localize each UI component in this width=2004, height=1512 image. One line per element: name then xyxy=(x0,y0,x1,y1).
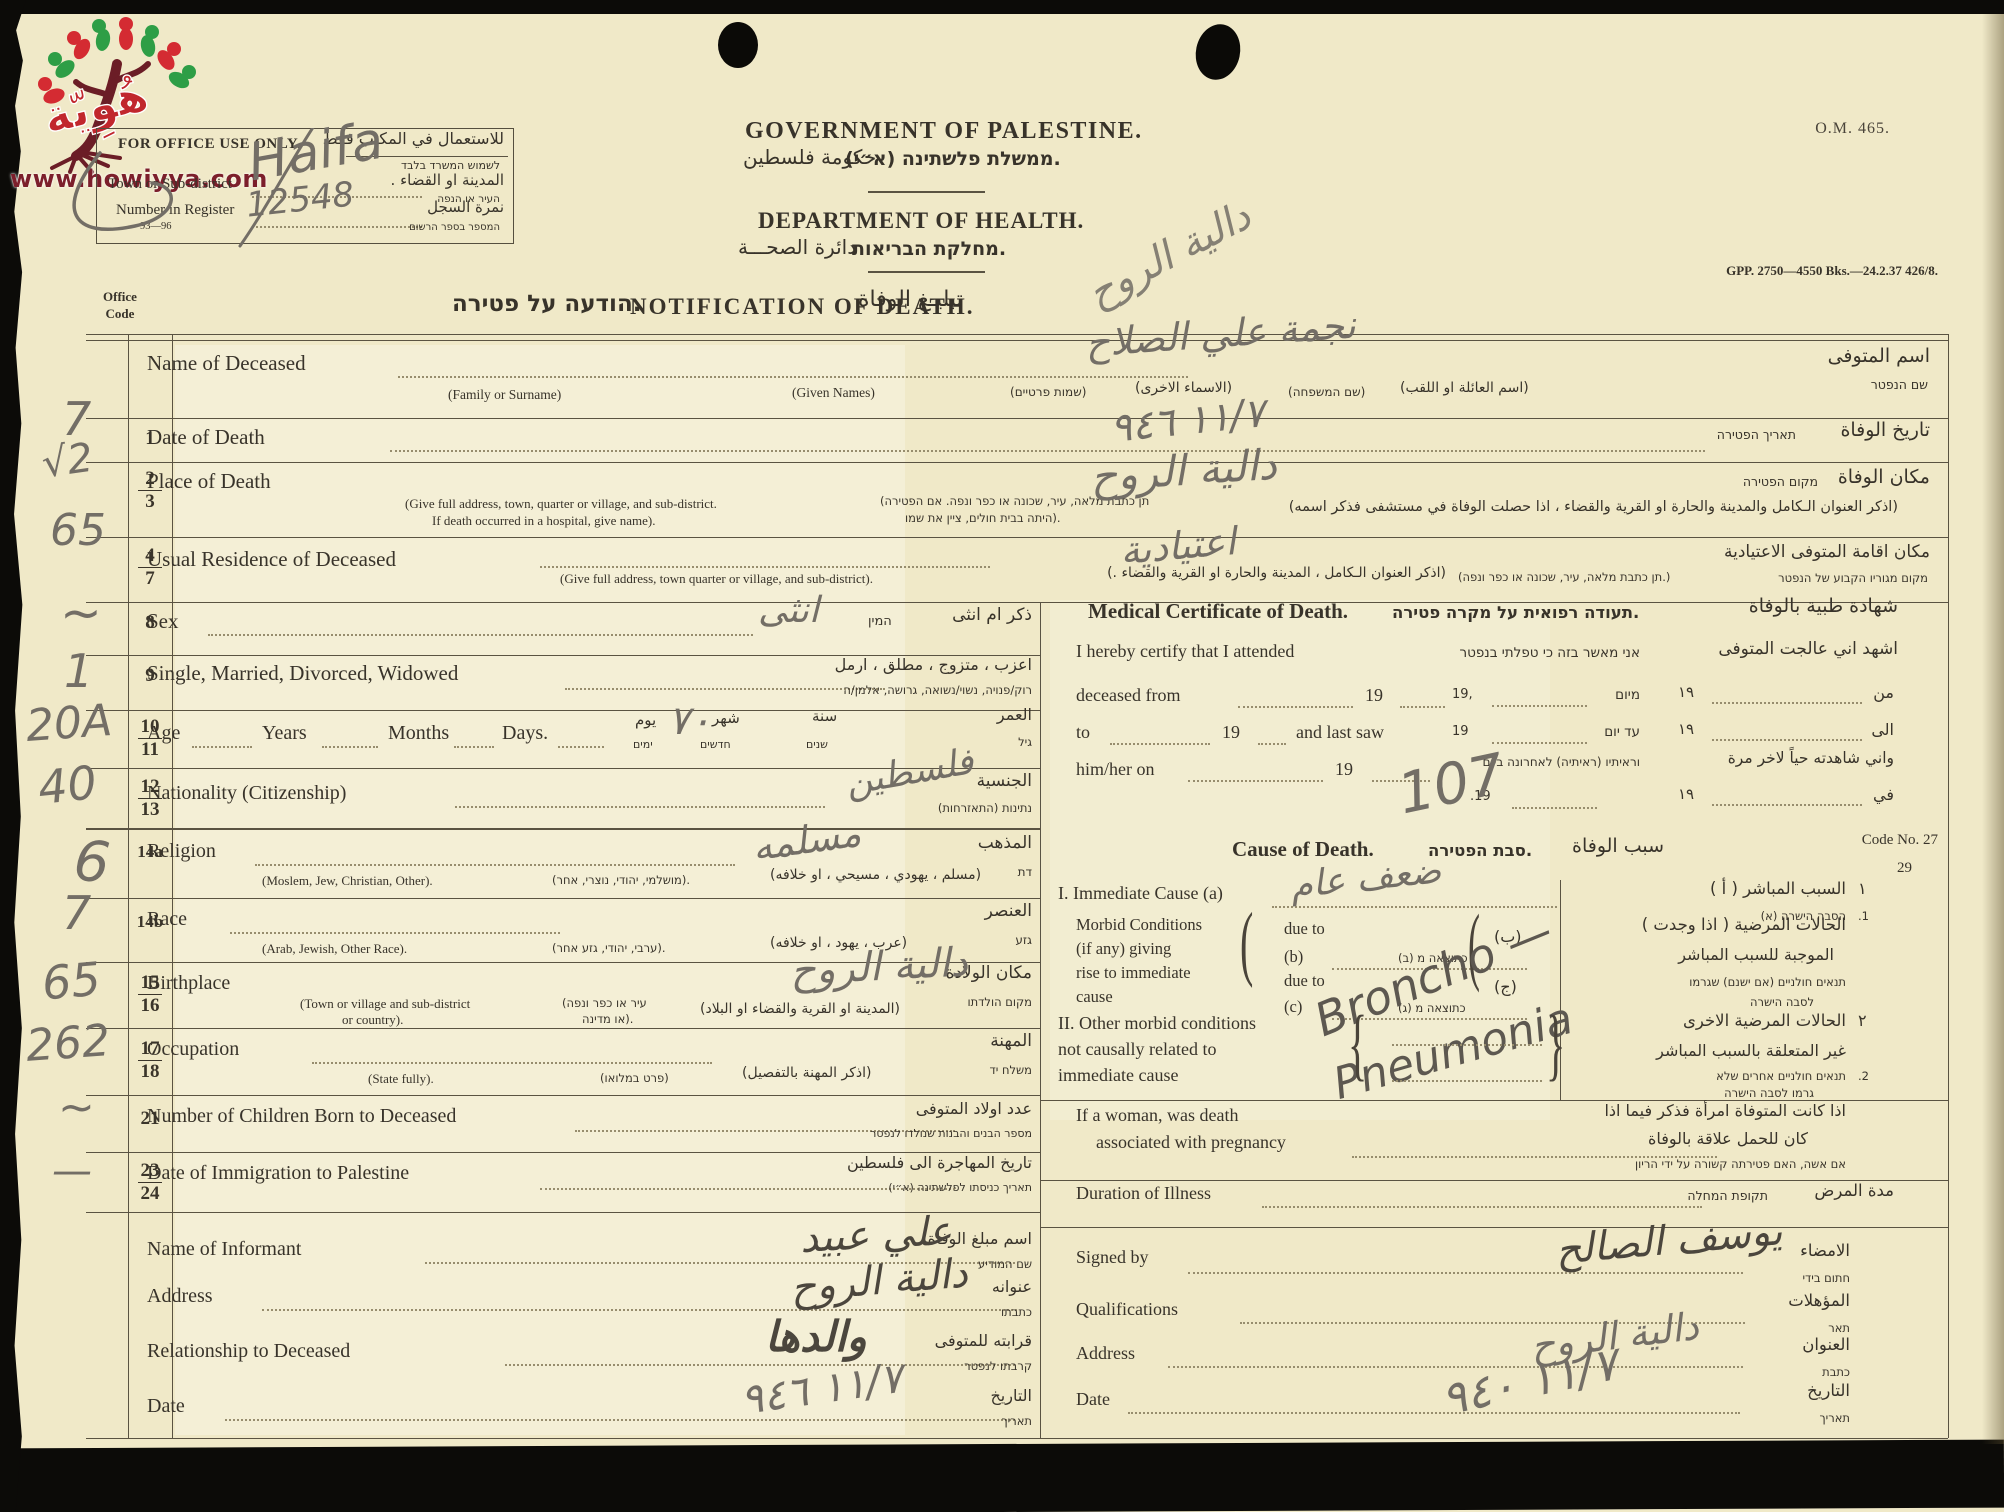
other-morbid-num-ar: ٢ xyxy=(1858,1012,1867,1030)
scan-edge-top xyxy=(0,0,2004,14)
other-morbid-label-ar-2: غير المتعلقة بالسبب المباشر xyxy=(1656,1042,1846,1060)
fill-line xyxy=(454,746,494,748)
pregnancy-question-ar-1: اذا كانت المتوفاة امرأة فذكر فيما اذا xyxy=(1604,1102,1846,1120)
fill-line xyxy=(505,1364,1015,1366)
office-code-handwriting: 65 xyxy=(40,952,103,1011)
race-label-he: גזע xyxy=(1015,934,1032,947)
punch-hole xyxy=(1191,20,1246,84)
religion-label-he: דת xyxy=(1018,866,1032,879)
signed-by-label-ar: الامضاء xyxy=(1800,1242,1850,1260)
signature-handwriting: يوسف الصالح xyxy=(1553,1208,1784,1274)
fill-line xyxy=(192,746,252,748)
informant-name-label-he: שם המודיע xyxy=(978,1258,1032,1271)
informant-date-label-he: תאריך xyxy=(1002,1415,1033,1428)
medical-line-2-ar-year: ١٩ xyxy=(1678,684,1694,701)
qualifications-label-he: תאר xyxy=(1828,1322,1850,1335)
medical-line-3-ar-year: ١٩ xyxy=(1678,721,1694,738)
place-of-death-label-ar: مكان الوفاة xyxy=(1838,467,1930,488)
usual-residence-label-ar: مكان اقامة المتوفى الاعتيادية xyxy=(1724,543,1930,562)
dept-title-en: DEPARTMENT OF HEALTH. xyxy=(758,208,1084,233)
office-code-handwriting: ~ xyxy=(60,584,102,642)
age-label-he: גיל xyxy=(1018,736,1032,749)
age-label: Age xyxy=(147,722,180,744)
fill-line xyxy=(540,566,990,568)
office-code-handwriting: 1 xyxy=(64,644,93,698)
occupation-label: Occupation xyxy=(147,1038,239,1060)
group-brace-right: } xyxy=(1546,997,1565,1091)
scan-edge-right-shadow xyxy=(1982,14,2004,1444)
date-of-death-label: Date of Death xyxy=(147,426,265,449)
office-code-handwriting: 7 xyxy=(62,886,91,940)
marital-status-label-he: רוק/פנויה, נשוי/נשואה, גרושה, אלמן/ה xyxy=(843,684,1032,697)
fill-line xyxy=(1400,706,1445,708)
office-code-handwriting: — xyxy=(52,1148,92,1194)
certifier-date-label-he: תאריך xyxy=(1820,1412,1851,1425)
birthplace-sublabel-ar: (المدينة او القرية والقضاء او البلاد) xyxy=(700,1002,900,1017)
birthplace-value-handwriting: دالية الروح xyxy=(789,939,969,994)
fill-line xyxy=(1168,1366,1743,1368)
column-border xyxy=(1040,602,1041,1438)
name-of-deceased-label-ar: اسم المتوفى xyxy=(1828,346,1930,367)
row-divider xyxy=(86,462,1948,463)
children-born-label-he: מספר הבנים והבנות שנולדו לנפטר xyxy=(870,1128,1032,1140)
sex-value-handwriting: انثى xyxy=(758,590,819,631)
race-sublabel: (Arab, Jewish, Other Race). xyxy=(262,942,407,956)
usual-residence-sublabel: (Give full address, town quarter or vill… xyxy=(560,572,873,586)
signed-by-label: Signed by xyxy=(1076,1248,1149,1268)
fill-line xyxy=(322,746,378,748)
column-border xyxy=(172,334,173,1438)
fill-line xyxy=(1238,706,1353,708)
divider-line xyxy=(868,271,985,273)
dept-title-he: מחלקת הבריאות. xyxy=(852,239,1006,260)
office-code-header-1: Office xyxy=(92,290,148,304)
row-divider xyxy=(86,898,1040,899)
occupation-label-he: משלח יד xyxy=(989,1064,1032,1077)
fill-line xyxy=(312,1062,712,1064)
religion-sublabel-ar: (مسلم ، يهودي ، مسيحي ، او خلافه) xyxy=(770,868,981,883)
morbid-conditions-line-4: cause xyxy=(1076,988,1113,1006)
marital-status-label: Single, Married, Divorced, Widowed xyxy=(147,662,458,685)
form-reference-gpp: GPP. 2750—4550 Bks.—24.2.37 426/8. xyxy=(1726,264,1938,278)
form-title-ar: تبليـغ الوفاة xyxy=(858,288,963,312)
certifier-date-label: Date xyxy=(1076,1390,1110,1410)
group-paren: ( xyxy=(1240,892,1253,991)
cause-of-death-title-en: Cause of Death. xyxy=(1232,838,1374,861)
other-morbid-label-he-2: גרמו לסבה הישרה xyxy=(1724,1087,1814,1100)
religion-sublabel: (Moslem, Jew, Christian, Other). xyxy=(262,874,433,888)
birthplace-label: Birthplace xyxy=(147,972,230,994)
family-surname-sublabel-he: (שם המשפחה) xyxy=(1288,386,1365,399)
pregnancy-question-ar-2: كان للحمل علاقة بالوفاة xyxy=(1648,1130,1808,1148)
age-months-label-ar: شهر xyxy=(712,710,740,727)
medical-line-3-year: 19 xyxy=(1222,723,1240,743)
nationality-label: Nationality (Citizenship) xyxy=(147,782,346,804)
usual-residence-label-he: מקום מגוריו הקבוע של הנפטר xyxy=(1778,572,1928,585)
due-to-b-letter: (b) xyxy=(1284,948,1303,966)
age-months-label-he: חדשים xyxy=(700,739,731,751)
qualifications-label-ar: المؤهلات xyxy=(1788,1292,1850,1310)
date-of-death-label-he: תאריך הפטירה xyxy=(1717,428,1796,442)
age-days-label-ar: يوم xyxy=(635,712,656,729)
table-border xyxy=(86,334,1948,335)
group-brace-left: { xyxy=(1348,997,1367,1091)
given-names-sublabel: (Given Names) xyxy=(792,386,875,401)
immediate-cause-label-ar: السبب المباشر ( أ ) xyxy=(1710,880,1846,898)
other-morbid-line-1: II. Other morbid conditions xyxy=(1058,1014,1256,1034)
place-of-death-sublabel-2: If death occurred in a hospital, give na… xyxy=(432,514,655,528)
occupation-sublabel: (State fully). xyxy=(368,1072,434,1086)
fill-line xyxy=(1128,1412,1740,1414)
office-code-handwriting: √2 xyxy=(39,435,96,488)
morbid-conditions-label-he-2: לסבה הישרה xyxy=(1750,996,1814,1009)
usual-residence-label: Usual Residence of Deceased xyxy=(147,548,396,571)
pregnancy-question-he: אם אשה, האם פטירתה קשורה על ידי הריון xyxy=(1635,1158,1846,1171)
immediate-cause-num-ar: ١ xyxy=(1858,880,1867,898)
office-code-header-2: Code xyxy=(92,307,148,321)
qualifications-label: Qualifications xyxy=(1076,1300,1178,1320)
occupation-label-ar: المهنة xyxy=(990,1032,1032,1051)
age-days-label-he: ימים xyxy=(633,739,653,751)
fill-line xyxy=(1392,1044,1542,1046)
fill-line xyxy=(1188,1272,1743,1274)
office-code-handwriting: 20A xyxy=(24,695,113,752)
morbid-conditions-label-he-1: תנאים חולניים (אם ישנם) שגרמו xyxy=(1689,976,1846,989)
nationality-label-ar: الجنسية xyxy=(977,772,1032,791)
given-names-sublabel-he: (שמות פרטיים) xyxy=(1010,386,1086,399)
age-label-ar: العمر xyxy=(997,706,1032,724)
row-divider xyxy=(86,1028,1040,1029)
medical-line-2-year: 19 xyxy=(1365,686,1383,706)
due-to-c-letter-ar: (ج) xyxy=(1494,978,1517,996)
fill-line xyxy=(208,634,753,636)
age-years-label-he: שנים xyxy=(806,739,828,751)
pregnancy-question-line-2: associated with pregnancy xyxy=(1096,1133,1286,1153)
immediate-cause-label: I. Immediate Cause (a) xyxy=(1058,884,1223,904)
cause-code-no-2: 29 xyxy=(1897,860,1912,877)
informant-date-label-ar: التاريخ xyxy=(990,1387,1032,1405)
office-code-handwriting: 40 xyxy=(35,755,99,815)
row-divider xyxy=(86,602,1948,603)
occupation-sublabel-ar: (اذكر المهنة بالتفصيل) xyxy=(742,1066,871,1081)
fill-line xyxy=(1262,1206,1702,1208)
fill-line xyxy=(255,864,735,866)
medical-line-3-en: to xyxy=(1076,723,1090,743)
morbid-conditions-line-1: Morbid Conditions xyxy=(1076,916,1202,934)
informant-address-label-he: כתבתו xyxy=(1001,1306,1032,1319)
fill-line xyxy=(1392,1080,1542,1082)
office-code-handwriting: 65 xyxy=(50,505,106,556)
certifier-address-label: Address xyxy=(1076,1344,1135,1364)
fill-line xyxy=(262,1309,1017,1311)
medical-line-5-ar: في xyxy=(1873,786,1894,804)
marital-status-label-ar: اعزب ، متزوج ، مطلق ، ارمل xyxy=(835,656,1032,674)
gov-title-he: ממשלת פלשתינה (א״י). xyxy=(845,149,1061,170)
medical-line-2-en: deceased from xyxy=(1076,686,1180,706)
other-morbid-num-he: .2 xyxy=(1858,1070,1869,1083)
scanned-death-notification-form: هُوِيّة www.howiyya.com O.M. 465. GPP. 2… xyxy=(0,0,2004,1512)
signed-by-label-he: חתום בידי xyxy=(1802,1272,1850,1285)
fill-line xyxy=(225,1419,1015,1421)
morbid-conditions-label-ar-1: الحالات المرضية ( اذا وجدت ) xyxy=(1642,916,1846,934)
medical-certificate-title-en: Medical Certificate of Death. xyxy=(1088,600,1348,623)
row-divider xyxy=(1040,1227,1948,1228)
fill-line xyxy=(1272,906,1557,908)
medical-line-1-he: אני מאשר בזה כי טפלתי בנפטר xyxy=(1459,646,1640,661)
name-of-deceased-label-he: שם הנפטר xyxy=(1871,378,1928,392)
table-border xyxy=(86,1438,1948,1439)
religion-value-handwriting: مسلمه xyxy=(749,811,863,870)
birthplace-sublabel-1: (Town or village and sub-district xyxy=(300,997,470,1011)
informant-address-label-ar: عنوانه xyxy=(992,1278,1032,1296)
name-of-deceased-label: Name of Deceased xyxy=(147,352,306,375)
other-morbid-line-3: immediate cause xyxy=(1058,1066,1178,1086)
age-days-label: Days. xyxy=(502,722,548,744)
morbid-conditions-line-2: (if any) giving xyxy=(1076,940,1171,958)
header-scrawl-handwriting: دالية الروح xyxy=(1080,193,1259,317)
sex-label-he: המין xyxy=(868,615,892,629)
row-divider xyxy=(86,418,1948,419)
town-subdistrict-label-ar: المدينة او القضاء . xyxy=(391,172,504,189)
birthplace-sublabel-he-2: או מדינה). xyxy=(582,1013,633,1026)
race-label-ar: العنصر xyxy=(985,902,1032,921)
medical-line-2-he-year: 19, xyxy=(1452,688,1473,702)
due-to-c-letter: (c) xyxy=(1284,998,1302,1016)
date-of-death-label-ar: تاريخ الوفاة xyxy=(1840,420,1930,441)
immigration-date-label-ar: تاريخ المهاجرة الى فلسطين xyxy=(847,1154,1032,1172)
cause-of-death-title-ar: سبب الوفاة xyxy=(1572,836,1664,857)
fill-line xyxy=(1712,702,1862,704)
race-label: Race xyxy=(147,908,187,930)
medical-line-1-en: I hereby certify that I attended xyxy=(1076,642,1294,662)
medical-line-3-he: עד יום xyxy=(1604,725,1640,740)
medical-line-3-he-year: 19 xyxy=(1452,725,1469,739)
dept-title-ar: دائرة الصحـــة xyxy=(738,236,856,258)
medical-line-2-ar: من xyxy=(1873,684,1894,702)
nationality-label-he: נתינות (התאזרחות) xyxy=(938,802,1032,815)
gov-title-en: GOVERNMENT OF PALESTINE. xyxy=(745,118,1143,144)
name-value-handwriting: نجمة علي الصلاح xyxy=(1084,303,1357,366)
age-years-label-ar: سنة xyxy=(812,708,837,725)
fill-line xyxy=(1712,739,1862,741)
family-surname-sublabel: (Family or Surname) xyxy=(448,388,561,403)
place-of-death-sublabel-he-2: היתה בבית חולים, ציין את שמו). xyxy=(905,512,1061,525)
medical-line-2-he: מיום xyxy=(1615,688,1640,703)
fill-line xyxy=(390,450,1705,452)
fill-line xyxy=(558,746,604,748)
fill-line xyxy=(1110,743,1210,745)
form-title-he: הודעה על פטירה. xyxy=(452,292,642,317)
duration-of-illness-label-ar: مدة المرض xyxy=(1814,1182,1894,1200)
due-to-b-label: due to xyxy=(1284,920,1325,938)
usual-residence-sublabel-he: (תן כתבת מלאה, עיר, שכונה או כפר ונפה.) xyxy=(1458,571,1670,584)
fill-line xyxy=(398,376,1188,378)
birthplace-label-he: מקום הולדתו xyxy=(967,996,1032,1009)
table-border xyxy=(86,340,1948,341)
relationship-label: Relationship to Deceased xyxy=(147,1340,350,1362)
fill-line xyxy=(1712,804,1862,806)
row-divider xyxy=(86,828,1040,830)
immediate-cause-num-he: .1 xyxy=(1858,910,1869,923)
other-morbid-line-2: not causally related to xyxy=(1058,1040,1216,1060)
fill-line xyxy=(1188,780,1323,782)
row-divider xyxy=(86,537,1948,538)
certifier-date-label-ar: التاريخ xyxy=(1807,1382,1850,1400)
morbid-conditions-label-ar-2: الموجبة للسبب المباشر xyxy=(1678,946,1834,964)
informant-date-label: Date xyxy=(147,1395,185,1417)
sex-label: Sex xyxy=(147,610,179,633)
medical-certificate-title-ar: شهادة طبية بالوفاة xyxy=(1749,596,1898,617)
form-reference-om: O.M. 465. xyxy=(1815,120,1890,138)
religion-label: Religion xyxy=(147,840,216,862)
place-of-death-sublabel-ar: (اذكر العنوان الـكامل والمدينة والحارة ا… xyxy=(1289,500,1898,516)
fill-line xyxy=(1492,742,1587,744)
medical-line-4-ar: واني شاهدته حياً لاخر مرة xyxy=(1728,750,1894,767)
cause-code-no: Code No. 27 xyxy=(1862,832,1938,849)
informant-name-label: Name of Informant xyxy=(147,1238,301,1260)
office-code-handwriting: ~ xyxy=(58,1082,95,1133)
medical-code-handwriting: 107 xyxy=(1392,742,1510,828)
place-of-death-sublabel-1: (Give full address, town, quarter or vil… xyxy=(405,497,717,511)
place-of-death-label: Place of Death xyxy=(147,470,271,493)
row-divider xyxy=(86,710,1040,711)
immigration-date-label-he: תאריך כניסתו לפלשתינה (א״י) xyxy=(888,1182,1032,1194)
fill-line xyxy=(565,688,885,690)
certifier-address-label-he: כתבת xyxy=(1822,1366,1850,1379)
duration-of-illness-label-he: תקופת המחלה xyxy=(1687,1189,1768,1203)
relationship-value-handwriting: والدها xyxy=(765,1312,867,1361)
medical-line-3-last-saw: and last saw xyxy=(1296,723,1384,743)
fill-line xyxy=(1258,743,1286,745)
children-born-label-ar: عدد اولاد المتوفى xyxy=(916,1100,1032,1118)
medical-line-4-he: וראיתיו (ראיתיה) לאחרונה ביום xyxy=(1482,756,1640,769)
informant-address-label: Address xyxy=(147,1285,213,1307)
medical-line-4-year: 19 xyxy=(1335,760,1353,780)
medical-line-3-ar: الى xyxy=(1871,721,1894,739)
sex-label-ar: ذكر ام انثى xyxy=(952,606,1032,625)
due-to-c-label: due to xyxy=(1284,972,1325,990)
fill-line xyxy=(455,806,825,808)
relationship-label-he: קרבתו לנפטר xyxy=(964,1360,1032,1373)
immigration-date-label: Date of Immigration to Palestine xyxy=(147,1162,409,1184)
medical-certificate-title-he: תעודה רפואית על מקרה פטירה. xyxy=(1392,604,1639,622)
row-divider xyxy=(1040,1180,1948,1181)
relationship-label-ar: قرابته للمتوفى xyxy=(935,1332,1032,1350)
race-sublabel-he: (ערבי, יהודי, גזע אחר). xyxy=(552,942,666,955)
place-of-death-label-he: מקום הפטירה xyxy=(1743,475,1818,489)
register-number-label-ar: نمرة السجل xyxy=(427,199,504,216)
divider-line xyxy=(868,191,985,193)
cause-of-death-title-he: סבת הפטירה. xyxy=(1428,842,1532,860)
morbid-conditions-line-3: rise to immediate xyxy=(1076,964,1191,982)
pencil-flourish xyxy=(40,128,380,258)
scan-edge-left-torn xyxy=(0,0,26,1512)
fill-line xyxy=(1492,705,1587,707)
family-surname-sublabel-ar: (اسم العائلة او اللقب) xyxy=(1400,381,1529,396)
occupation-sublabel-he: (פרט במלואו) xyxy=(600,1072,669,1085)
fill-line xyxy=(1512,807,1597,809)
age-years-label: Years xyxy=(262,722,307,744)
duration-of-illness-label: Duration of Illness xyxy=(1076,1184,1211,1204)
birthplace-sublabel-he-1: (עיר או כפר ונפה xyxy=(562,997,647,1010)
pregnancy-question-line-1: If a woman, was death xyxy=(1076,1106,1238,1126)
nationality-value-handwriting: فلسطين xyxy=(842,741,976,804)
certifier-address-label-ar: العنوان xyxy=(1802,1336,1850,1354)
fill-line xyxy=(230,932,560,934)
register-number-label-he: המספר בספר הרשום xyxy=(409,222,500,233)
office-code-handwriting: 262 xyxy=(24,1015,111,1072)
table-border xyxy=(1948,334,1949,1438)
row-divider xyxy=(86,1095,1040,1096)
birthplace-sublabel-2: or country). xyxy=(342,1013,403,1027)
other-morbid-label-he-1: תנאים חולניים אחרים שלא xyxy=(1716,1070,1846,1083)
religion-sublabel-he: (מושלמי, יהודי, נוצרי, אחר). xyxy=(552,874,690,887)
punch-hole xyxy=(718,22,758,68)
religion-label-ar: المذهب xyxy=(978,834,1032,853)
other-morbid-label-ar-1: الحالات المرضية الاخرى xyxy=(1683,1012,1846,1030)
children-born-label: Number of Children Born to Deceased xyxy=(147,1105,456,1127)
medical-line-5-ar-year: ١٩ xyxy=(1678,786,1694,803)
medical-line-1-ar: اشهد اني عالجت المتوفى xyxy=(1718,640,1898,659)
scan-edge-bottom xyxy=(0,1440,2004,1512)
age-months-label: Months xyxy=(388,722,449,744)
medical-line-4-en: him/her on xyxy=(1076,760,1155,780)
